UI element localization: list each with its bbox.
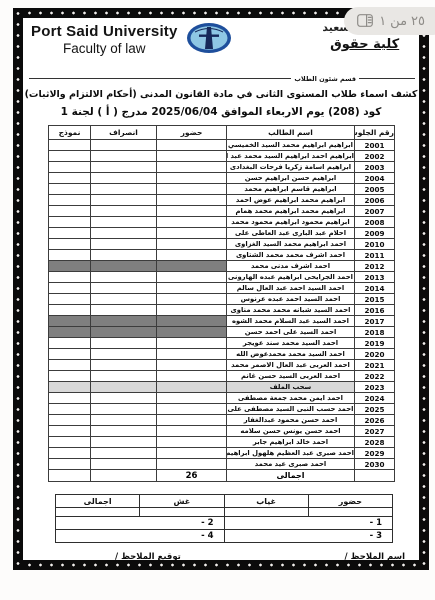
present-cell <box>157 437 227 448</box>
form-cell <box>49 349 91 360</box>
university-name-en: Port Said University <box>31 23 178 40</box>
leave-cell <box>91 327 157 338</box>
seat-number-cell: 2028 <box>355 437 395 448</box>
attendance-table: رقم الجلوس اسم الطالب حضور انصراف نموذج … <box>48 125 395 482</box>
col-header-leave: انصراف <box>91 126 157 140</box>
student-name-cell: ابراهيم قاسم ابراهيم محمد <box>227 184 355 195</box>
pages-sidebar-icon <box>357 12 373 31</box>
present-cell <box>157 272 227 283</box>
table-row: 2005 ابراهيم قاسم ابراهيم محمد <box>49 184 395 195</box>
leave-cell <box>91 415 157 426</box>
present-cell <box>157 338 227 349</box>
total-form-cell <box>49 470 91 482</box>
leave-cell <box>91 349 157 360</box>
form-cell <box>49 162 91 173</box>
leave-cell <box>91 283 157 294</box>
table-row: 2026 احمد حسن محمود عبدالغفار <box>49 415 395 426</box>
table-row: 2025 احمد حسب النبى السيد مصطفى على <box>49 404 395 415</box>
seat-number-cell: 2018 <box>355 327 395 338</box>
leave-cell <box>91 184 157 195</box>
table-row: 2011 احمد اشرف محمد محمد الشتاوى <box>49 250 395 261</box>
form-cell <box>49 250 91 261</box>
sheet-subtitle: كود (208) يوم الاربعاء الموافق 2025/06/0… <box>23 106 419 118</box>
leave-cell <box>91 151 157 162</box>
seat-number-cell: 2004 <box>355 173 395 184</box>
form-cell <box>49 294 91 305</box>
seat-number-cell: 2002 <box>355 151 395 162</box>
form-cell <box>49 404 91 415</box>
seat-number-cell: 2011 <box>355 250 395 261</box>
leave-cell <box>91 393 157 404</box>
note-4: - 4 <box>56 530 225 543</box>
table-row: 2022 احمد العربى السيد حسن غانم <box>49 371 395 382</box>
table-row: 2003 ابراهيم اسامة زكريا فرحات البغدادى <box>49 162 395 173</box>
form-cell <box>49 382 91 393</box>
faculty-name-en: Faculty of law <box>31 41 178 56</box>
present-cell <box>157 173 227 184</box>
present-cell <box>157 294 227 305</box>
leave-cell <box>91 426 157 437</box>
department-divider: قسم شئون الطلاب <box>29 72 415 85</box>
student-name-cell: ابراهيم محمد ابراهيم عوض احمد <box>227 195 355 206</box>
present-cell <box>157 184 227 195</box>
student-name-cell: احمد صبرى عبد العظيم هلهول ابراهيم <box>227 448 355 459</box>
table-row: 2015 احمد السيد احمد عبده عرنوس <box>49 294 395 305</box>
seat-number-cell: 2010 <box>355 239 395 250</box>
seat-number-cell: 2017 <box>355 316 395 327</box>
form-cell <box>49 173 91 184</box>
present-cell <box>157 393 227 404</box>
faculty-name-ar: كلية حقوق <box>322 37 407 52</box>
table-row: 2018 احمد السيد على احمد حسن <box>49 327 395 338</box>
table-row: 2028 احمد خالد ابراهيم جابر <box>49 437 395 448</box>
present-cell <box>157 371 227 382</box>
seat-number-cell: 2005 <box>355 184 395 195</box>
summary-header-absent: غياب <box>224 495 308 508</box>
present-cell <box>157 250 227 261</box>
table-row: 2024 احمد ايمن محمد جمعة مصطفى <box>49 393 395 404</box>
seat-number-cell: 2030 <box>355 459 395 470</box>
present-cell <box>157 360 227 371</box>
table-row: 2020 احمد السيد محمد محمدعوض الله <box>49 349 395 360</box>
student-name-cell: احمد السيد على احمد حسن <box>227 327 355 338</box>
ornamental-border-bottom <box>13 560 429 570</box>
leave-cell <box>91 217 157 228</box>
form-cell <box>49 327 91 338</box>
student-name-cell: احمد حسن محمود عبدالغفار <box>227 415 355 426</box>
seat-number-cell: 2009 <box>355 228 395 239</box>
present-cell <box>157 261 227 272</box>
present-cell <box>157 195 227 206</box>
summary-note-row-1: - 1 - 2 <box>56 517 393 530</box>
form-cell <box>49 305 91 316</box>
total-row: اجمالى 26 <box>49 470 395 482</box>
seat-number-cell: 2027 <box>355 426 395 437</box>
seat-number-cell: 2019 <box>355 338 395 349</box>
form-cell <box>49 316 91 327</box>
form-cell <box>49 437 91 448</box>
table-row: 2029 احمد صبرى عبد العظيم هلهول ابراهيم <box>49 448 395 459</box>
seat-number-cell: 2021 <box>355 360 395 371</box>
table-row: 2012 احمد اشرف مدنى محمد <box>49 261 395 272</box>
present-cell <box>157 404 227 415</box>
student-name-cell: احمد حسن يونس حسن سلامه <box>227 426 355 437</box>
seat-number-cell: 2003 <box>355 162 395 173</box>
present-cell <box>157 305 227 316</box>
table-row: 2014 احمد السيد احمد عبد العال سالم <box>49 283 395 294</box>
col-header-form: نموذج <box>49 126 91 140</box>
present-cell <box>157 349 227 360</box>
leave-cell <box>91 228 157 239</box>
leave-cell <box>91 448 157 459</box>
form-cell <box>49 426 91 437</box>
form-cell <box>49 283 91 294</box>
leave-cell <box>91 261 157 272</box>
student-name-cell: احلام عبد البارى عبد العاطى على <box>227 228 355 239</box>
note-2: - 2 <box>56 517 225 530</box>
student-name-cell: احمد اشرف محمد محمد الشتاوى <box>227 250 355 261</box>
form-cell <box>49 140 91 151</box>
seat-number-cell: 2022 <box>355 371 395 382</box>
student-name-cell: احمد السيد شبانه محمد محمد مناوى <box>227 305 355 316</box>
total-leave-cell <box>91 470 157 482</box>
seat-number-cell: 2007 <box>355 206 395 217</box>
form-cell <box>49 151 91 162</box>
leave-cell <box>91 459 157 470</box>
leave-cell <box>91 338 157 349</box>
student-name-cell: احمد ابراهيم محمد السيد الغزاوى <box>227 239 355 250</box>
col-header-seat: رقم الجلوس <box>355 126 395 140</box>
note-3: - 3 <box>224 530 393 543</box>
student-name-cell: ابراهيم ابراهيم محمد السيد الخميسي <box>227 140 355 151</box>
student-name-cell: ابراهيم اسامة زكريا فرحات البغدادى <box>227 162 355 173</box>
present-cell <box>157 448 227 459</box>
student-name-cell: احمد ايمن محمد جمعة مصطفى <box>227 393 355 404</box>
total-present-count: 26 <box>157 470 227 482</box>
leave-cell <box>91 437 157 448</box>
leave-cell <box>91 206 157 217</box>
form-cell <box>49 360 91 371</box>
form-cell <box>49 239 91 250</box>
present-cell <box>157 162 227 173</box>
present-cell <box>157 426 227 437</box>
summary-header-row: حضور غياب غش اجمالى <box>56 495 393 508</box>
table-row: 2030 احمد صبرى عيد محمد <box>49 459 395 470</box>
leave-cell <box>91 140 157 151</box>
table-row: 2021 احمد العربى عبد العال الاصمر محمد <box>49 360 395 371</box>
sheet-title: كشف اسماء طلاب المستوى الثانى في مادة ال… <box>23 89 419 100</box>
leave-cell <box>91 382 157 393</box>
note-1: - 1 <box>224 517 393 530</box>
table-row: 2023 سحب الملف <box>49 382 395 393</box>
page-indicator[interactable]: ١ من ٢٥ <box>344 7 435 35</box>
present-cell <box>157 217 227 228</box>
student-name-cell: احمد خالد ابراهيم جابر <box>227 437 355 448</box>
student-name-cell: احمد العربى عبد العال الاصمر محمد <box>227 360 355 371</box>
present-cell <box>157 327 227 338</box>
form-cell <box>49 338 91 349</box>
table-row: 2007 ابراهيم محمد ابراهيم محمد همام <box>49 206 395 217</box>
form-cell <box>49 393 91 404</box>
form-cell <box>49 206 91 217</box>
divider-line-left <box>29 78 291 79</box>
form-cell <box>49 184 91 195</box>
seat-number-cell: 2024 <box>355 393 395 404</box>
form-cell <box>49 228 91 239</box>
student-name-cell: سحب الملف <box>227 382 355 393</box>
leave-cell <box>91 371 157 382</box>
student-name-cell: ابراهيم محمد ابراهيم محمد همام <box>227 206 355 217</box>
ornamental-border-right <box>419 8 429 570</box>
table-row: 2006 ابراهيم محمد ابراهيم عوض احمد <box>49 195 395 206</box>
seat-number-cell: 2026 <box>355 415 395 426</box>
present-cell <box>157 316 227 327</box>
table-row: 2019 احمد السيد محمد سند عويجر <box>49 338 395 349</box>
present-cell <box>157 228 227 239</box>
present-cell <box>157 140 227 151</box>
seat-number-cell: 2012 <box>355 261 395 272</box>
table-row: 2017 احمد السيد عبد السلام محمد الشوه <box>49 316 395 327</box>
seat-number-cell: 2013 <box>355 272 395 283</box>
table-row: 2009 احلام عبد البارى عبد العاطى على <box>49 228 395 239</box>
divider-line-right <box>359 78 415 79</box>
leave-cell <box>91 316 157 327</box>
form-cell <box>49 459 91 470</box>
present-cell <box>157 382 227 393</box>
student-name-cell: احمد الجرايحى ابراهيم عبده الهارونى <box>227 272 355 283</box>
leave-cell <box>91 239 157 250</box>
leave-cell <box>91 305 157 316</box>
seat-number-cell: 2016 <box>355 305 395 316</box>
present-cell <box>157 459 227 470</box>
seat-number-cell: 2015 <box>355 294 395 305</box>
student-name-cell: احمد حسب النبى السيد مصطفى على <box>227 404 355 415</box>
present-cell <box>157 283 227 294</box>
table-row: 2008 ابراهيم محمود ابراهيم محمود محمد <box>49 217 395 228</box>
present-cell <box>157 239 227 250</box>
student-name-cell: ابراهيم حسن ابراهيم حسن <box>227 173 355 184</box>
table-row: 2013 احمد الجرايحى ابراهيم عبده الهارونى <box>49 272 395 283</box>
attendance-rows: 2001 ابراهيم ابراهيم محمد السيد الخميسي … <box>49 140 395 470</box>
table-row: 2004 ابراهيم حسن ابراهيم حسن <box>49 173 395 184</box>
student-name-cell: احمد السيد محمد محمدعوض الله <box>227 349 355 360</box>
present-cell <box>157 206 227 217</box>
present-cell <box>157 151 227 162</box>
form-cell <box>49 448 91 459</box>
seat-number-cell: 2014 <box>355 283 395 294</box>
student-name-cell: احمد السيد احمد عبد العال سالم <box>227 283 355 294</box>
seat-number-cell: 2008 <box>355 217 395 228</box>
leave-cell <box>91 195 157 206</box>
present-cell <box>157 415 227 426</box>
leave-cell <box>91 404 157 415</box>
summary-header-total: اجمالى <box>56 495 140 508</box>
form-cell <box>49 415 91 426</box>
student-name-cell: احمد السيد محمد سند عويجر <box>227 338 355 349</box>
student-name-cell: احمد العربى السيد حسن غانم <box>227 371 355 382</box>
form-cell <box>49 272 91 283</box>
summary-table: حضور غياب غش اجمالى - 1 - 2 - 3 - 4 <box>55 494 393 543</box>
leave-cell <box>91 162 157 173</box>
student-name-cell: احمد اشرف مدنى محمد <box>227 261 355 272</box>
form-cell <box>49 371 91 382</box>
table-row: 2010 احمد ابراهيم محمد السيد الغزاوى <box>49 239 395 250</box>
form-cell <box>49 195 91 206</box>
student-name-cell: ابراهيم احمد ابراهيم السيد محمد عبد الرح… <box>227 151 355 162</box>
student-name-cell: احمد السيد عبد السلام محمد الشوه <box>227 316 355 327</box>
page-indicator-text: ١ من ٢٥ <box>379 14 425 29</box>
col-header-name: اسم الطالب <box>227 126 355 140</box>
summary-empty-row <box>56 508 393 517</box>
department-label: قسم شئون الطلاب <box>291 75 359 83</box>
leave-cell <box>91 272 157 283</box>
document-page: Port Said University Faculty of law جامع… <box>23 18 419 560</box>
form-cell <box>49 217 91 228</box>
student-name-cell: ابراهيم محمود ابراهيم محمود محمد <box>227 217 355 228</box>
table-row: 2016 احمد السيد شبانه محمد محمد مناوى <box>49 305 395 316</box>
seat-number-cell: 2025 <box>355 404 395 415</box>
seat-number-cell: 2001 <box>355 140 395 151</box>
port-said-university-logo <box>186 22 232 58</box>
seat-number-cell: 2020 <box>355 349 395 360</box>
table-row: 2001 ابراهيم ابراهيم محمد السيد الخميسي <box>49 140 395 151</box>
seat-number-cell: 2006 <box>355 195 395 206</box>
leave-cell <box>91 250 157 261</box>
student-name-cell: احمد السيد احمد عبده عرنوس <box>227 294 355 305</box>
leave-cell <box>91 294 157 305</box>
summary-header-cheating: غش <box>140 495 224 508</box>
col-header-present: حضور <box>157 126 227 140</box>
total-seat-cell <box>355 470 395 482</box>
table-row: 2002 ابراهيم احمد ابراهيم السيد محمد عبد… <box>49 151 395 162</box>
table-row: 2027 احمد حسن يونس حسن سلامه <box>49 426 395 437</box>
header-english: Port Said University Faculty of law <box>31 23 178 56</box>
seat-number-cell: 2029 <box>355 448 395 459</box>
leave-cell <box>91 360 157 371</box>
attendance-header-row: رقم الجلوس اسم الطالب حضور انصراف نموذج <box>49 126 395 140</box>
summary-note-row-2: - 3 - 4 <box>56 530 393 543</box>
form-cell <box>49 261 91 272</box>
ornamental-border-left <box>13 8 23 570</box>
total-label-cell: اجمالى <box>227 470 355 482</box>
seat-number-cell: 2023 <box>355 382 395 393</box>
leave-cell <box>91 173 157 184</box>
summary-header-present: حضور <box>308 495 392 508</box>
student-name-cell: احمد صبرى عيد محمد <box>227 459 355 470</box>
